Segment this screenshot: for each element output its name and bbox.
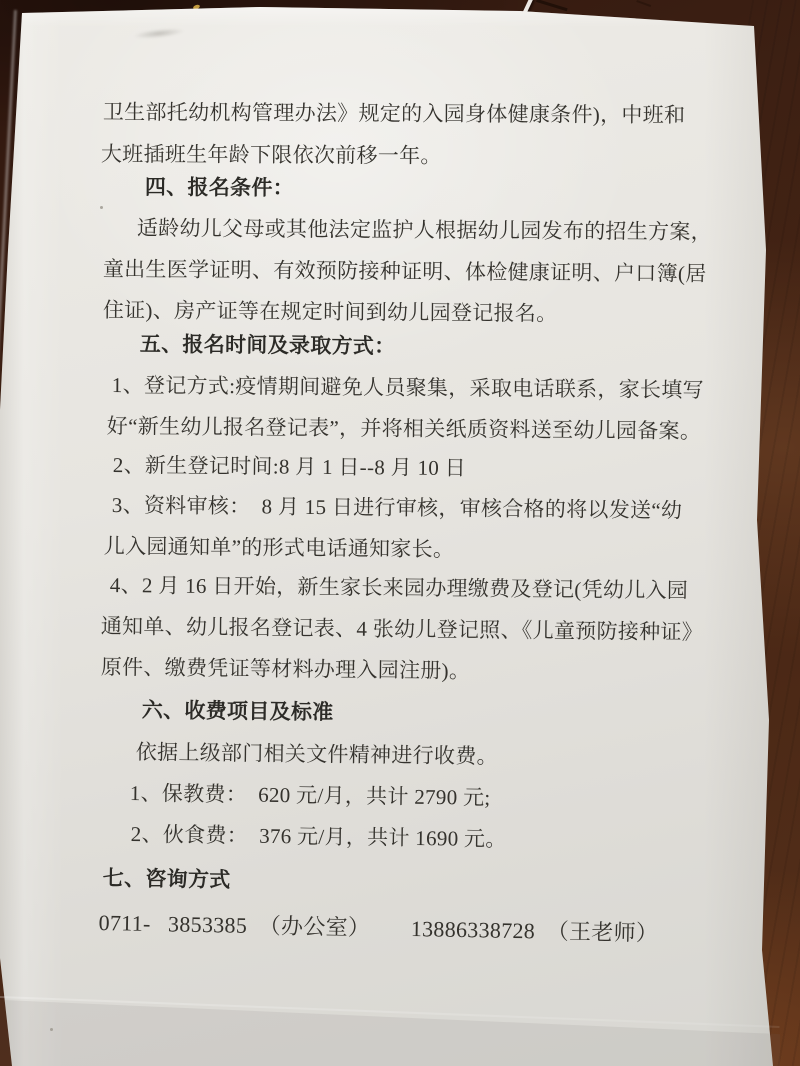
- doc-line: 4、2 月 16 日开始，新生家长来园办理缴费及登记(凭幼儿入园: [110, 569, 689, 605]
- doc-line: 原件、缴费凭证等材料办理入园注册)。: [101, 651, 471, 685]
- section-heading: 六、收费项目及标准: [142, 694, 334, 726]
- doc-line: 儿入园通知单”的形式电话通知家长。: [104, 530, 455, 563]
- doc-line: 2、伙食费： 376 元/月，共计 1690 元。: [131, 818, 507, 853]
- doc-line: 2、新生登记时间:8 月 1 日--8 月 10 日: [113, 449, 466, 482]
- doc-line: 通知单、幼儿报名登记表、4 张幼儿登记照、《儿童预防接种证》: [101, 610, 704, 646]
- section-heading: 五、报名时间及录取方式：: [140, 328, 396, 360]
- section-heading: 四、报名条件：: [145, 171, 294, 202]
- doc-line: 1、登记方式:疫情期间避免人员聚集，采取电话联系，家长填写: [112, 369, 704, 404]
- section-heading: 七、咨询方式: [103, 862, 231, 894]
- doc-line: 1、保教费： 620 元/月，共计 2790 元;: [130, 777, 491, 812]
- doc-line: 3、资料审核： 8 月 15 日进行审核，审核合格的将以发送“幼: [112, 489, 683, 524]
- doc-line: 适龄幼儿父母或其他法定监护人根据幼儿园发布的招生方案，: [137, 212, 712, 246]
- photo-of-document: 卫生部托幼机构管理办法》规定的入园身体健康条件)，中班和 大班插班生年龄下限依次…: [0, 0, 800, 1066]
- doc-line: 童出生医学证明、有效预防接种证明、体检健康证明、户口簿(居: [103, 253, 707, 288]
- dust-dot: [50, 1028, 53, 1031]
- doc-line: 卫生部托幼机构管理办法》规定的入园身体健康条件)，中班和: [103, 96, 686, 129]
- dust-dot: [100, 206, 103, 209]
- doc-line: 大班插班生年龄下限依次前移一年。: [101, 138, 442, 170]
- doc-line: 依据上级部门相关文件精神进行收费。: [136, 736, 498, 770]
- doc-line: 好“新生幼儿报名登记表”，并将相关纸质资料送至幼儿园备案。: [107, 410, 702, 445]
- doc-line: 住证)、房产证等在规定时间到幼儿园登记报名。: [103, 294, 558, 328]
